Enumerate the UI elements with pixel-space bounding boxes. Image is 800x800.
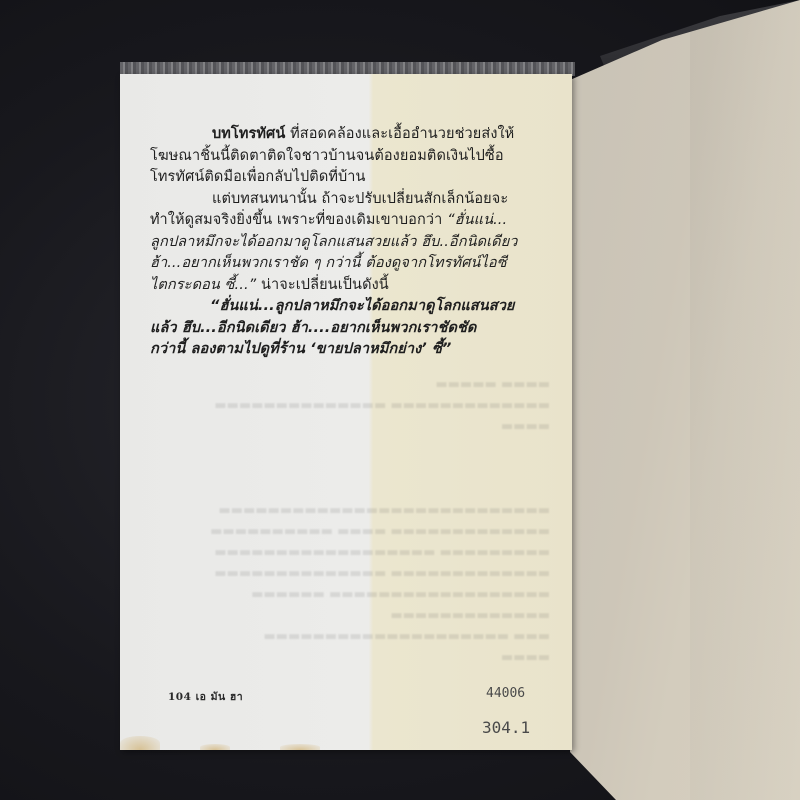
revised-quote-run: กว่านี้ ลองตามไปดูที่ร้าน ‘ขายปลาหมึกย่า…: [150, 341, 451, 357]
text-line: บทโทรทัศน์ ที่สอดคล้องและเอื้ออำนวยช่วยส…: [150, 124, 570, 146]
body-text: บทโทรทัศน์ ที่สอดคล้องและเอื้ออำนวยช่วยส…: [150, 124, 570, 361]
quote-run: ฮ้า...อยากเห็นพวกเราชัด ๆ กว่านี้ ต้องดู…: [150, 255, 507, 271]
text-line: โทรทัศน์ติดมือเพื่อกลับไปติดที่บ้าน: [150, 167, 570, 189]
accession-number-stamp: 44006: [486, 686, 525, 701]
text-run: แต่บทสนทนานั้น ถ้าจะปรับเปลี่ยนสักเล็กน้…: [212, 191, 508, 207]
text-line: ลูกปลาหมึกจะได้ออกมาดูโลกแสนสวยแล้ว ฮึบ.…: [150, 232, 570, 254]
quote-run: ลูกปลาหมึกจะได้ออกมาดูโลกแสนสวยแล้ว ฮึบ.…: [150, 234, 518, 250]
text-run: ที่สอดคล้องและเอื้ออำนวยช่วยส่งให้: [285, 126, 514, 142]
endpaper-fold: [690, 0, 800, 800]
page-stain: [280, 744, 320, 750]
right-page-endpaper: [570, 0, 800, 800]
text-line: โฆษณาชิ้นนี้ติดตาติดใจชาวบ้านจนต้องยอมติ…: [150, 146, 570, 168]
text-run: น่าจะเปลี่ยนเป็นดังนี้: [256, 277, 388, 293]
page-footer-folio: 104 เอ มัน ฮา: [168, 688, 243, 705]
quote-run: “ฮั่นแน่...: [447, 212, 507, 228]
revised-quote-run: แล้ว ฮึบ...อีกนิดเดียว ฮ้า....อยากเห็นพว…: [150, 320, 476, 336]
page-stain: [120, 736, 160, 750]
text-line: ทำให้ดูสมจริงยิ่งขึ้น เพราะที่ของเดิมเขา…: [150, 210, 570, 232]
text-run: ทำให้ดูสมจริงยิ่งขึ้น เพราะที่ของเดิมเขา…: [150, 212, 447, 228]
text-line: ฮ้า...อยากเห็นพวกเราชัด ๆ กว่านี้ ต้องดู…: [150, 253, 570, 275]
text-run: โฆษณาชิ้นนี้ติดตาติดใจชาวบ้านจนต้องยอมติ…: [150, 148, 504, 164]
text-line: กว่านี้ ลองตามไปดูที่ร้าน ‘ขายปลาหมึกย่า…: [150, 339, 570, 361]
page-stain: [200, 744, 230, 750]
show-through-reverse-text: ▬▬▬▬ ▬▬▬▬▬ ▬▬▬▬▬▬▬▬▬▬▬▬▬ ▬▬▬▬▬▬▬▬▬▬▬▬▬▬ …: [150, 374, 550, 704]
text-run: โทรทัศน์ติดมือเพื่อกลับไปติดที่บ้าน: [150, 169, 366, 185]
text-line: แล้ว ฮึบ...อีกนิดเดียว ฮ้า....อยากเห็นพว…: [150, 318, 570, 340]
text-line: “ฮั่นแน่...ลูกปลาหมึกจะได้ออกมาดูโลกแสนส…: [150, 296, 570, 318]
text-line: แต่บทสนทนานั้น ถ้าจะปรับเปลี่ยนสักเล็กน้…: [150, 189, 570, 211]
left-page: บทโทรทัศน์ ที่สอดคล้องและเอื้ออำนวยช่วยส…: [120, 74, 572, 750]
revised-quote-run: “ฮั่นแน่...ลูกปลาหมึกจะได้ออกมาดูโลกแสนส…: [210, 298, 515, 314]
call-number-stamp: 304.1: [482, 718, 530, 737]
text-line: ไตกระดอน ซี้...” น่าจะเปลี่ยนเป็นดังนี้: [150, 275, 570, 297]
quote-run: ไตกระดอน ซี้...”: [150, 277, 256, 293]
term-bold: บทโทรทัศน์: [212, 126, 285, 142]
